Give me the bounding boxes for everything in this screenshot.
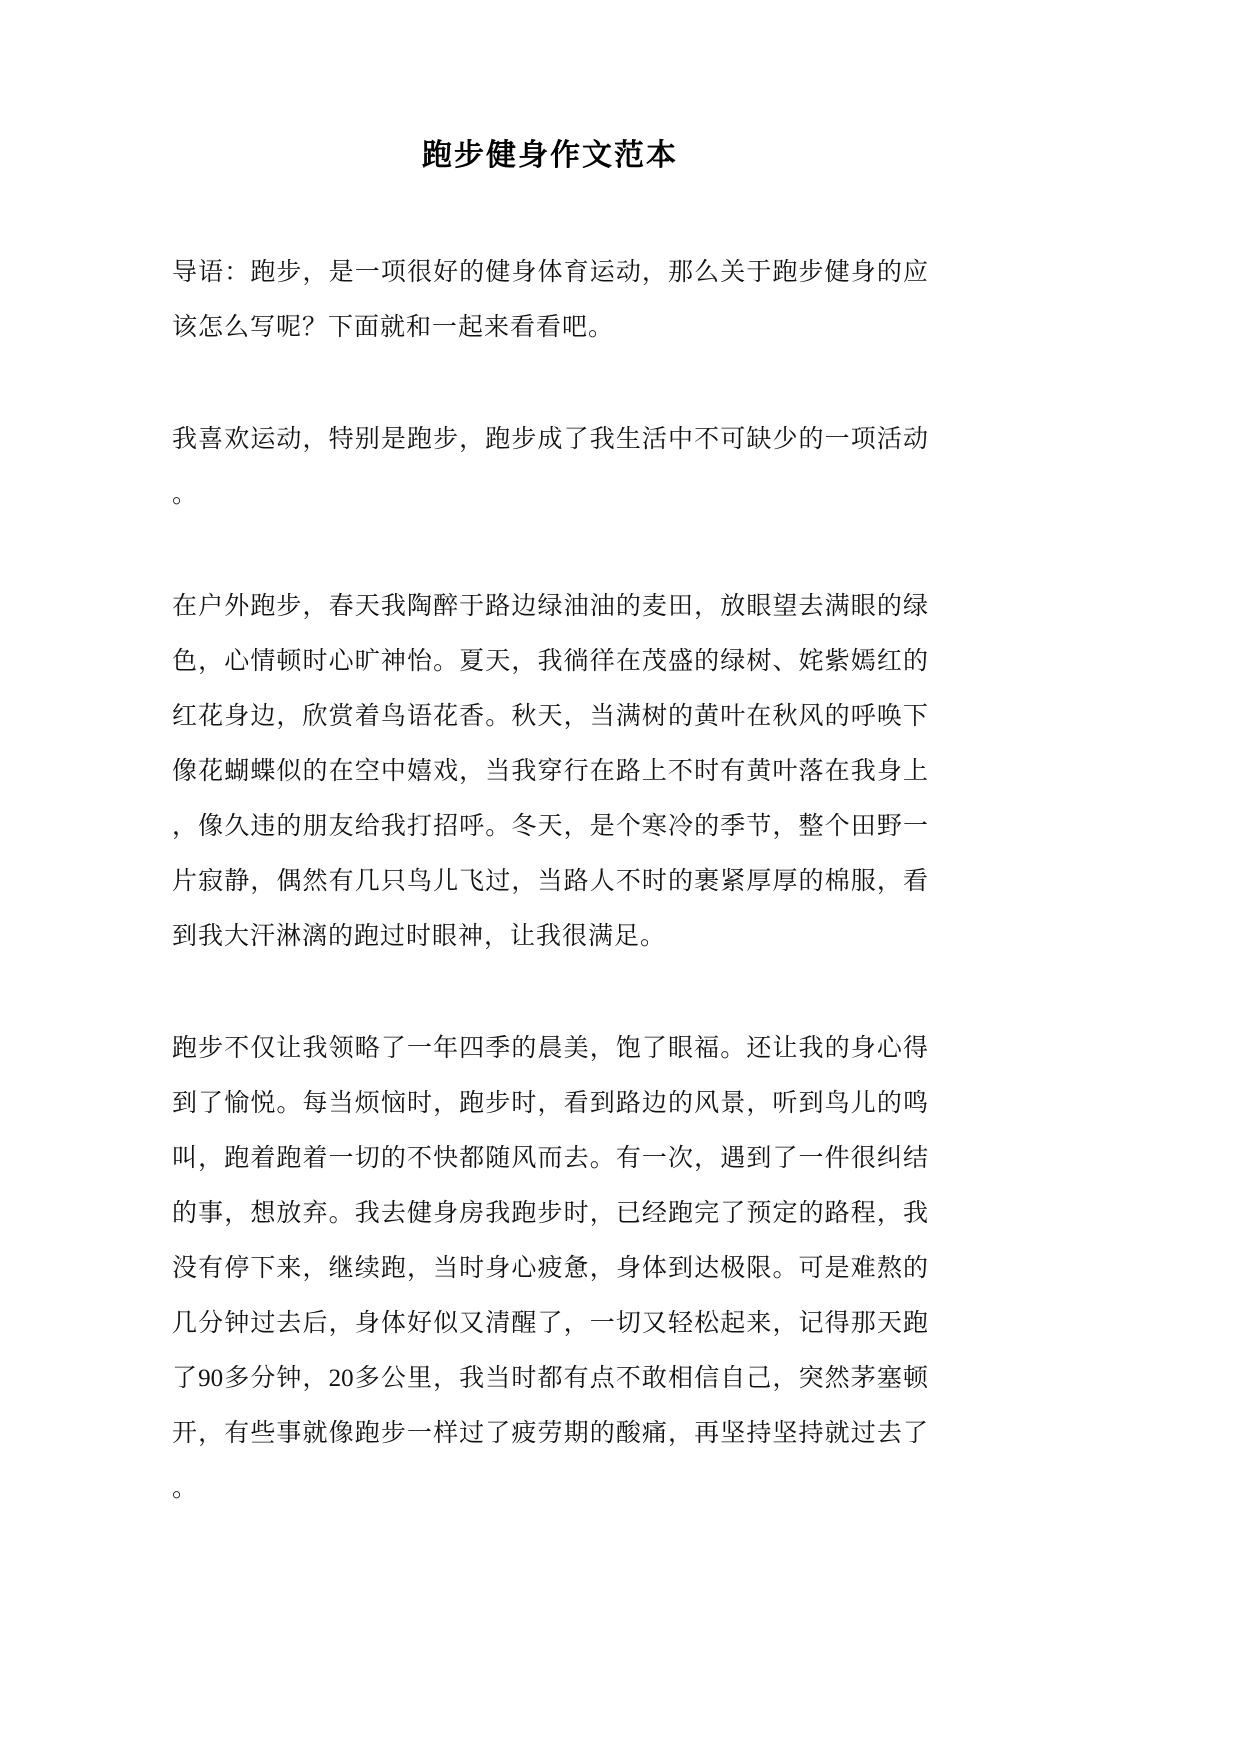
text-line: 片寂静，偶然有几只鸟儿飞过，当路人不时的裹紧厚厚的棉服，看 [172, 854, 928, 909]
text-line: 到了愉悦。每当烦恼时，跑步时，看到路边的风景，听到鸟儿的鸣 [172, 1076, 928, 1131]
paragraph-intro: 导语：跑步，是一项很好的健身体育运动，那么关于跑步健身的应 该怎么写呢？下面就和… [172, 245, 928, 355]
text-line: 该怎么写呢？下面就和一起来看看吧。 [172, 300, 928, 355]
text-line: 红花身边，欣赏着鸟语花香。秋天，当满树的黄叶在秋风的呼唤下 [172, 689, 928, 744]
text-line: 我喜欢运动，特别是跑步，跑步成了我生活中不可缺少的一项活动 [172, 412, 928, 467]
paragraph-body-mind: 跑步不仅让我领略了一年四季的晨美，饱了眼福。还让我的身心得 到了愉悦。每当烦恼时… [172, 1021, 928, 1516]
document-title: 跑步健身作文范本 [172, 128, 928, 183]
text-line: 没有停下来，继续跑，当时身心疲惫，身体到达极限。可是难熬的 [172, 1241, 928, 1296]
text-line: 几分钟过去后，身体好似又清醒了，一切又轻松起来，记得那天跑 [172, 1296, 928, 1351]
text-line: 在户外跑步，春天我陶醉于路边绿油油的麦田，放眼望去满眼的绿 [172, 579, 928, 634]
document-content: 跑步健身作文范本 导语：跑步，是一项很好的健身体育运动，那么关于跑步健身的应 该… [172, 128, 928, 1516]
text-line: 像花蝴蝶似的在空中嬉戏，当我穿行在路上不时有黄叶落在我身上 [172, 744, 928, 799]
paragraph-like-running: 我喜欢运动，特别是跑步，跑步成了我生活中不可缺少的一项活动 。 [172, 412, 928, 522]
document-page: 跑步健身作文范本 导语：跑步，是一项很好的健身体育运动，那么关于跑步健身的应 该… [0, 0, 1240, 1753]
text-line: 跑步不仅让我领略了一年四季的晨美，饱了眼福。还让我的身心得 [172, 1021, 928, 1076]
text-line: 。 [172, 1461, 928, 1516]
text-line: 了90多分钟，20多公里，我当时都有点不敢相信自己，突然茅塞顿 [172, 1351, 928, 1406]
text-line: 开，有些事就像跑步一样过了疲劳期的酸痛，再坚持坚持就过去了 [172, 1406, 928, 1461]
text-line: 的事，想放弃。我去健身房我跑步时，已经跑完了预定的路程，我 [172, 1186, 928, 1241]
text-line: 。 [172, 467, 928, 522]
text-line: 叫，跑着跑着一切的不快都随风而去。有一次，遇到了一件很纠结 [172, 1131, 928, 1186]
text-line: 到我大汗淋漓的跑过时眼神，让我很满足。 [172, 909, 928, 964]
text-line: 导语：跑步，是一项很好的健身体育运动，那么关于跑步健身的应 [172, 245, 928, 300]
text-line: ，像久违的朋友给我打招呼。冬天，是个寒冷的季节，整个田野一 [172, 799, 928, 854]
paragraph-four-seasons: 在户外跑步，春天我陶醉于路边绿油油的麦田，放眼望去满眼的绿 色，心情顿时心旷神怡… [172, 579, 928, 964]
text-line: 色，心情顿时心旷神怡。夏天，我徜徉在茂盛的绿树、姹紫嫣红的 [172, 634, 928, 689]
